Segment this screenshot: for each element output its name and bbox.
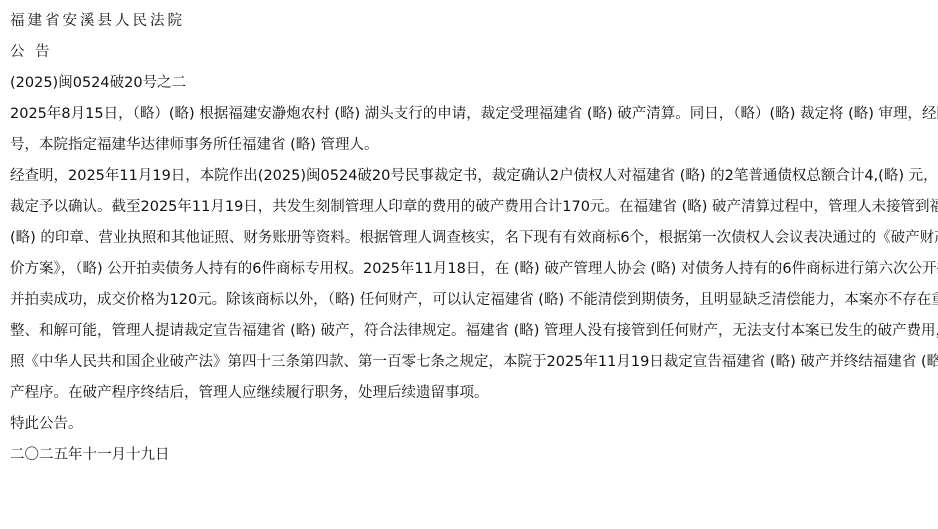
paragraph-line: 整、和解可能，管理人提请裁定宣告福建省 (略) 破产，符合法律规定。福建省 (略… <box>10 316 930 347</box>
paragraph-acceptance: 2025年8月15日，（略）(略) 根据福建安瀞炮农村 (略) 湖头支行的申请，… <box>10 99 930 161</box>
paragraph-findings: 经查明，2025年11月19日，本院作出(2025)闽0524破20号民事裁定书… <box>10 161 930 409</box>
paragraph-line: 裁定予以确认。截至2025年11月19日，共发生刻制管理人印章的费用的破产费用合… <box>10 192 930 223</box>
paragraph-line: 经查明，2025年11月19日，本院作出(2025)闽0524破20号民事裁定书… <box>10 161 930 192</box>
closing-statement: 特此公告。 <box>10 409 930 440</box>
notice-date: 二〇二五年十一月十九日 <box>10 440 930 471</box>
notice-label: 公 告 <box>10 37 930 68</box>
paragraph-line: 号，本院指定福建华达律师事务所任福建省 (略) 管理人。 <box>10 130 930 161</box>
court-notice-document: 福建省安溪县人民法院 公 告 (2025)闽0524破20号之二 2025年8月… <box>0 0 938 471</box>
case-number: (2025)闽0524破20号之二 <box>10 68 930 99</box>
paragraph-line: 照《中华人民共和国企业破产法》第四十三条第四款、第一百零七条之规定，本院于202… <box>10 347 930 378</box>
paragraph-line: 并拍卖成功，成交价格为120元。除该商标以外，（略) 任何财产，可以认定福建省 … <box>10 285 930 316</box>
court-name: 福建省安溪县人民法院 <box>10 6 930 37</box>
paragraph-line: 2025年8月15日，（略）(略) 根据福建安瀞炮农村 (略) 湖头支行的申请，… <box>10 99 930 130</box>
paragraph-line: 价方案》，（略) 公开拍卖债务人持有的6件商标专用权。2025年11月18日，在… <box>10 254 930 285</box>
paragraph-line: (略) 的印章、营业执照和其他证照、财务账册等资料。根据管理人调查核实，名下现有… <box>10 223 930 254</box>
paragraph-line: 产程序。在破产程序终结后，管理人应继续履行职务，处理后续遗留事项。 <box>10 378 930 409</box>
